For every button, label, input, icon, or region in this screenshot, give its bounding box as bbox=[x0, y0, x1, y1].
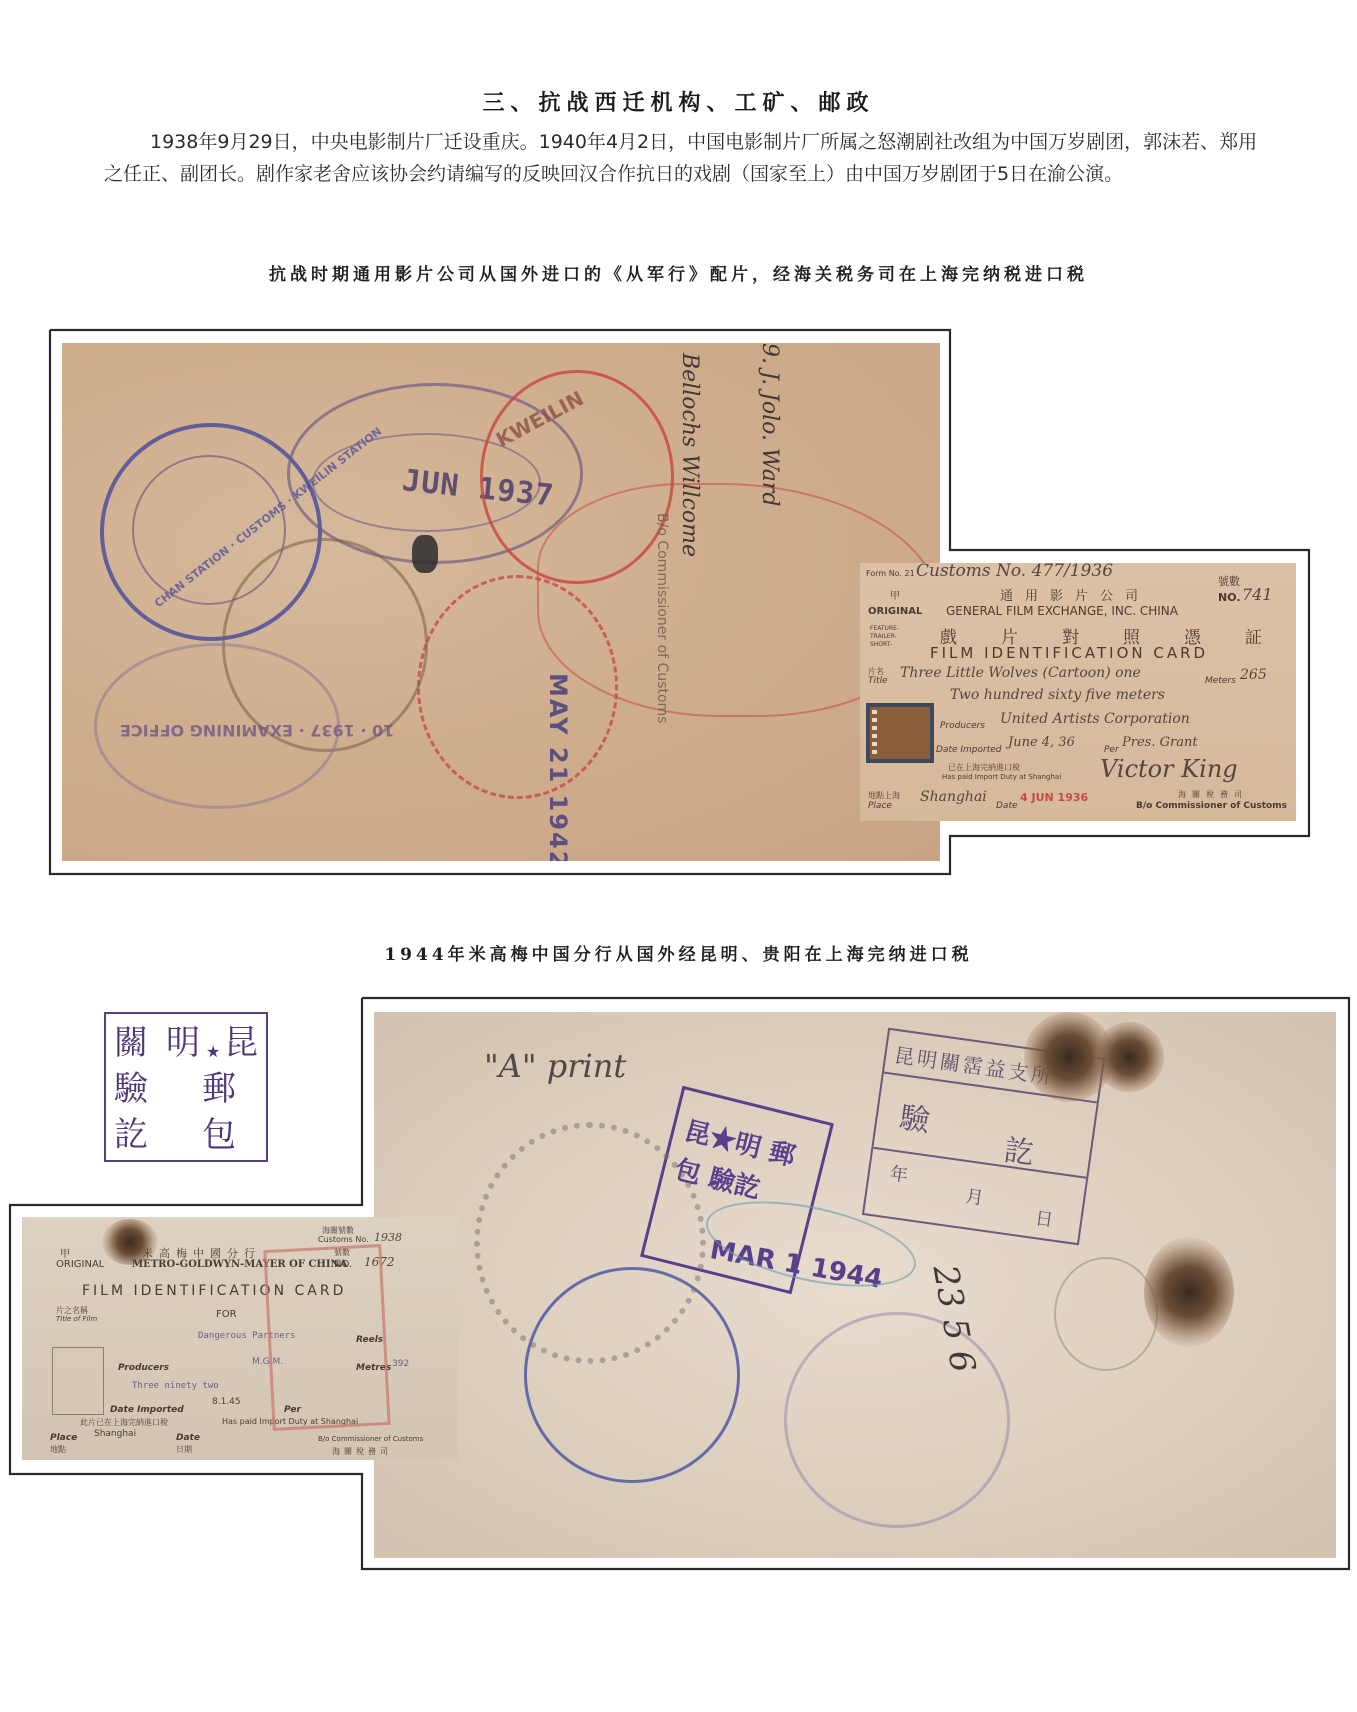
exhibit1-cover-card: CHAN STATION · CUSTOMS · KWEILIN STATION… bbox=[62, 343, 940, 861]
exhibit1-film-id-card: Form No. 21 Customs No. 477/1936 號數 甲 通用… bbox=[860, 563, 1296, 821]
film-sample-window bbox=[52, 1347, 104, 1415]
intro-paragraph: 1938年9月29日，中央电影制片厂迁设重庆。1940年4月2日，中国电影制片厂… bbox=[104, 126, 1264, 190]
vertical-date-stamp: MAY 21 1942 bbox=[544, 673, 572, 861]
signature: Victor King bbox=[1100, 755, 1238, 783]
handwritten-note: "A" print bbox=[484, 1047, 626, 1085]
kunming-parcel-seal-reproduction: 關 明 驗 訖 昆 郵 包 ★ bbox=[104, 1012, 268, 1162]
section-title: 三、抗战西迁机构、工矿、邮政 bbox=[0, 86, 1357, 117]
ink-blot bbox=[412, 535, 438, 573]
exhibit2-caption: 1944年米高梅中国分行从国外经昆明、贵阳在上海完纳进口税 bbox=[0, 940, 1357, 965]
red-customs-stamp bbox=[263, 1244, 390, 1431]
star-icon: ★ bbox=[206, 1042, 220, 1061]
exhibit2-cover-card: "A" print 昆明關霑益支所 驗 訖 年 月 日 昆★明 郵包 驗訖 MA… bbox=[374, 1012, 1336, 1558]
exhibit2-film-id-card: 海關號數 Customs No. 1938 甲 米高梅中國分行 號數 ORIGI… bbox=[22, 1217, 458, 1460]
office-oval-text: 10 · 1937 · EXAMINING OFFICE bbox=[120, 721, 394, 740]
film-strip-sample bbox=[866, 703, 934, 763]
exhibit1-caption: 抗战时期通用影片公司从国外进口的《从军行》配片，经海关税务司在上海完纳税进口税 bbox=[0, 260, 1357, 285]
